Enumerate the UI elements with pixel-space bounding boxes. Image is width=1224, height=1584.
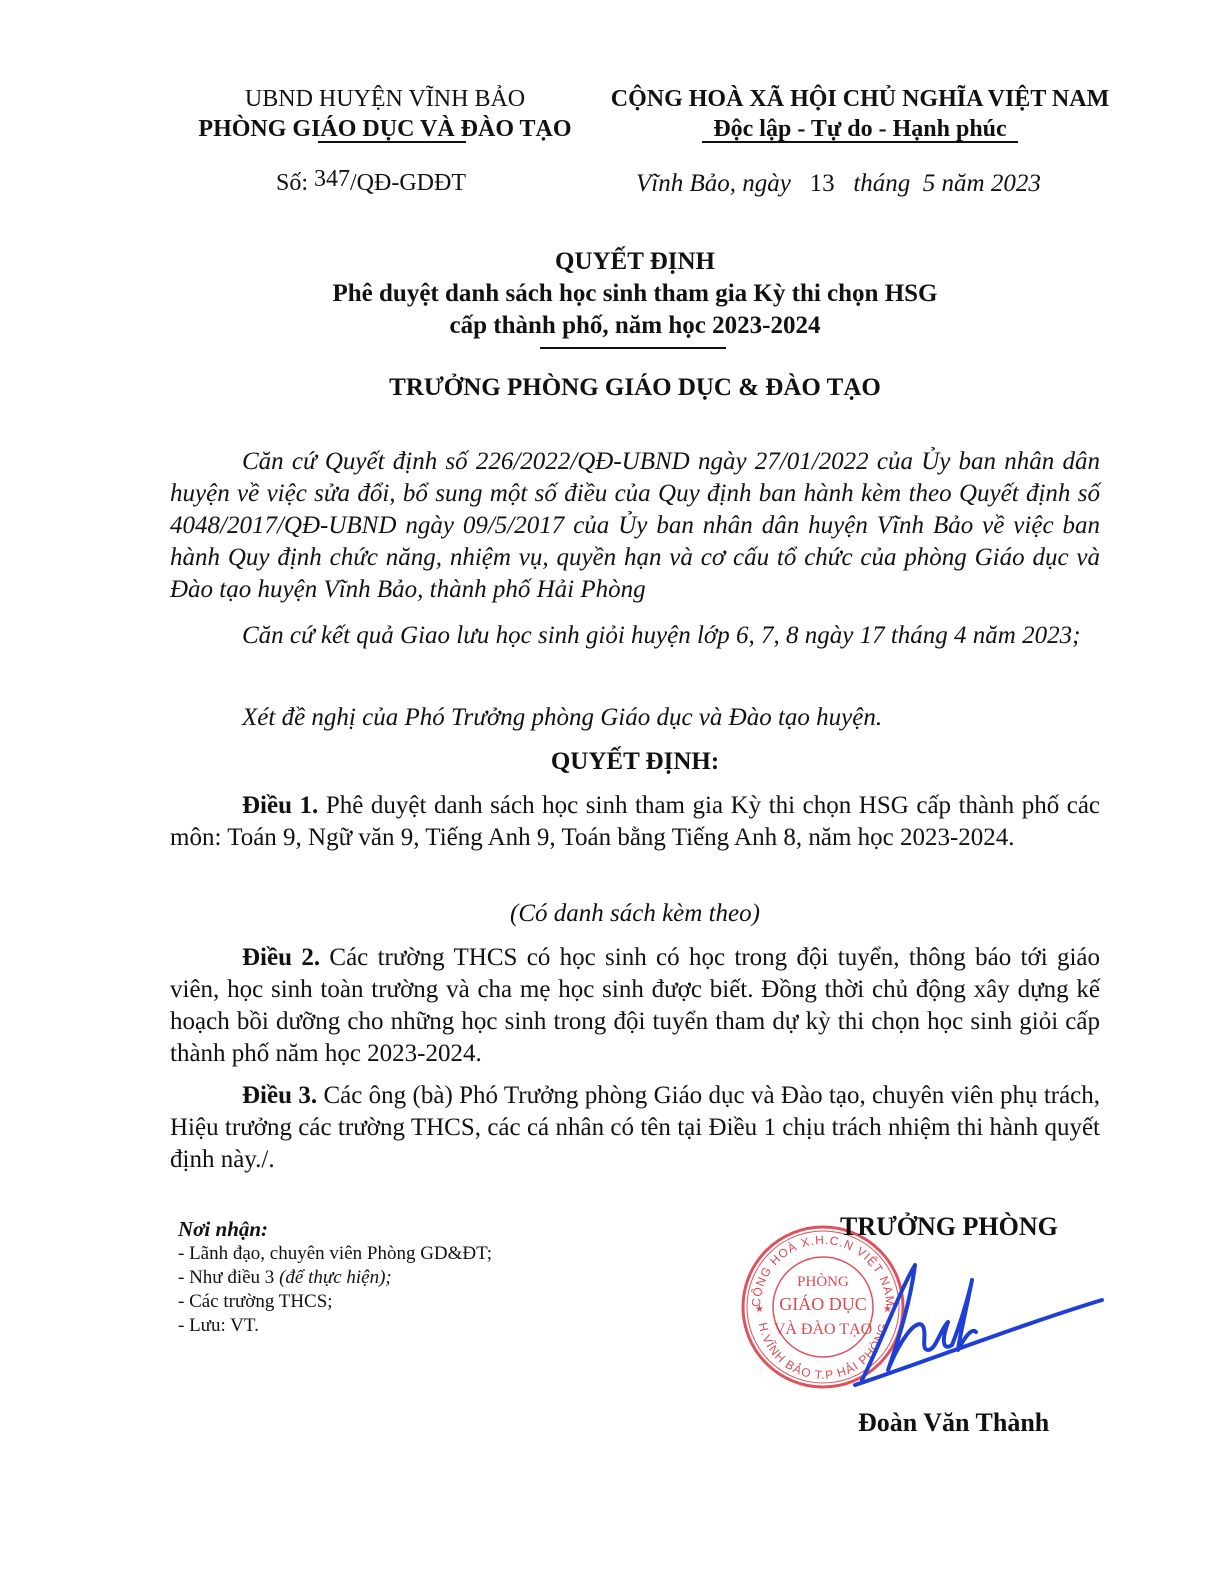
recipient-item: - Lãnh đạo, chuyên viên Phòng GD&ĐT; — [178, 1242, 618, 1266]
preamble-1: Căn cứ Quyết định số 226/2022/QĐ-UBND ng… — [170, 446, 1100, 606]
title-underline — [540, 347, 726, 349]
issuer-underline — [318, 141, 466, 143]
doc-subject-line2: cấp thành phố, năm học 2023-2024 — [170, 310, 1100, 342]
issuer-district: UBND HUYỆN VĨNH BẢO — [170, 84, 600, 114]
authority-title: TRƯỞNG PHÒNG GIÁO DỤC & ĐÀO TẠO — [170, 372, 1100, 404]
signer-name: Đoàn Văn Thành — [858, 1406, 1049, 1440]
decision-heading: QUYẾT ĐỊNH: — [170, 746, 1100, 778]
date-day: 13 — [810, 170, 835, 197]
article-2: Điều 2. Các trường THCS có học sinh có h… — [170, 942, 1100, 1070]
national-motto-block: CỘNG HOÀ XÃ HỘI CHỦ NGHĨA VIỆT NAM Độc l… — [600, 84, 1120, 144]
motto: Độc lập - Tự do - Hạnh phúc — [600, 114, 1120, 144]
preamble-2: Căn cứ kết quả Giao lưu học sinh giỏi hu… — [170, 618, 1100, 654]
signature-scribble — [840, 1250, 1110, 1390]
motto-underline — [702, 141, 1018, 143]
issuer-department: PHÒNG GIÁO DỤC VÀ ĐÀO TẠO — [170, 114, 600, 144]
doc-title: QUYẾT ĐỊNH — [170, 246, 1100, 278]
article-1: Điều 1. Phê duyệt danh sách học sinh tha… — [170, 790, 1100, 854]
recipients-heading: Nơi nhận: — [178, 1216, 618, 1242]
recipient-item: - Lưu: VT. — [178, 1314, 618, 1338]
attachment-note: (Có danh sách kèm theo) — [170, 898, 1100, 930]
country-name: CỘNG HOÀ XÃ HỘI CHỦ NGHĨA VIỆT NAM — [600, 84, 1120, 114]
article-1-label: Điều 1. — [242, 792, 318, 819]
recipient-item: - Như điều 3 (để thực hiện); — [178, 1266, 618, 1290]
doc-subject-line1: Phê duyệt danh sách học sinh tham gia Kỳ… — [170, 278, 1100, 310]
number-value: 347 — [314, 166, 350, 192]
recipients-block: Nơi nhận: - Lãnh đạo, chuyên viên Phòng … — [178, 1216, 618, 1338]
recipient-item: - Các trường THCS; — [178, 1290, 618, 1314]
article-2-label: Điều 2. — [242, 944, 320, 971]
article-3-label: Điều 3. — [242, 1082, 317, 1109]
document-number: Số: 347/QĐ-GDĐT — [276, 168, 466, 198]
title-block: QUYẾT ĐỊNH Phê duyệt danh sách học sinh … — [170, 246, 1100, 342]
article-3: Điều 3. Các ông (bà) Phó Trưởng phòng Gi… — [170, 1080, 1100, 1176]
issue-date: Vĩnh Bảo, ngày 13 tháng 5 năm 2023 — [636, 168, 1041, 200]
signer-title: TRƯỞNG PHÒNG — [840, 1210, 1058, 1244]
svg-text:★: ★ — [755, 1304, 764, 1315]
issuer-block: UBND HUYỆN VĨNH BẢO PHÒNG GIÁO DỤC VÀ ĐÀ… — [170, 84, 600, 144]
preamble-3: Xét đề nghị của Phó Trưởng phòng Giáo dụ… — [170, 702, 1100, 734]
